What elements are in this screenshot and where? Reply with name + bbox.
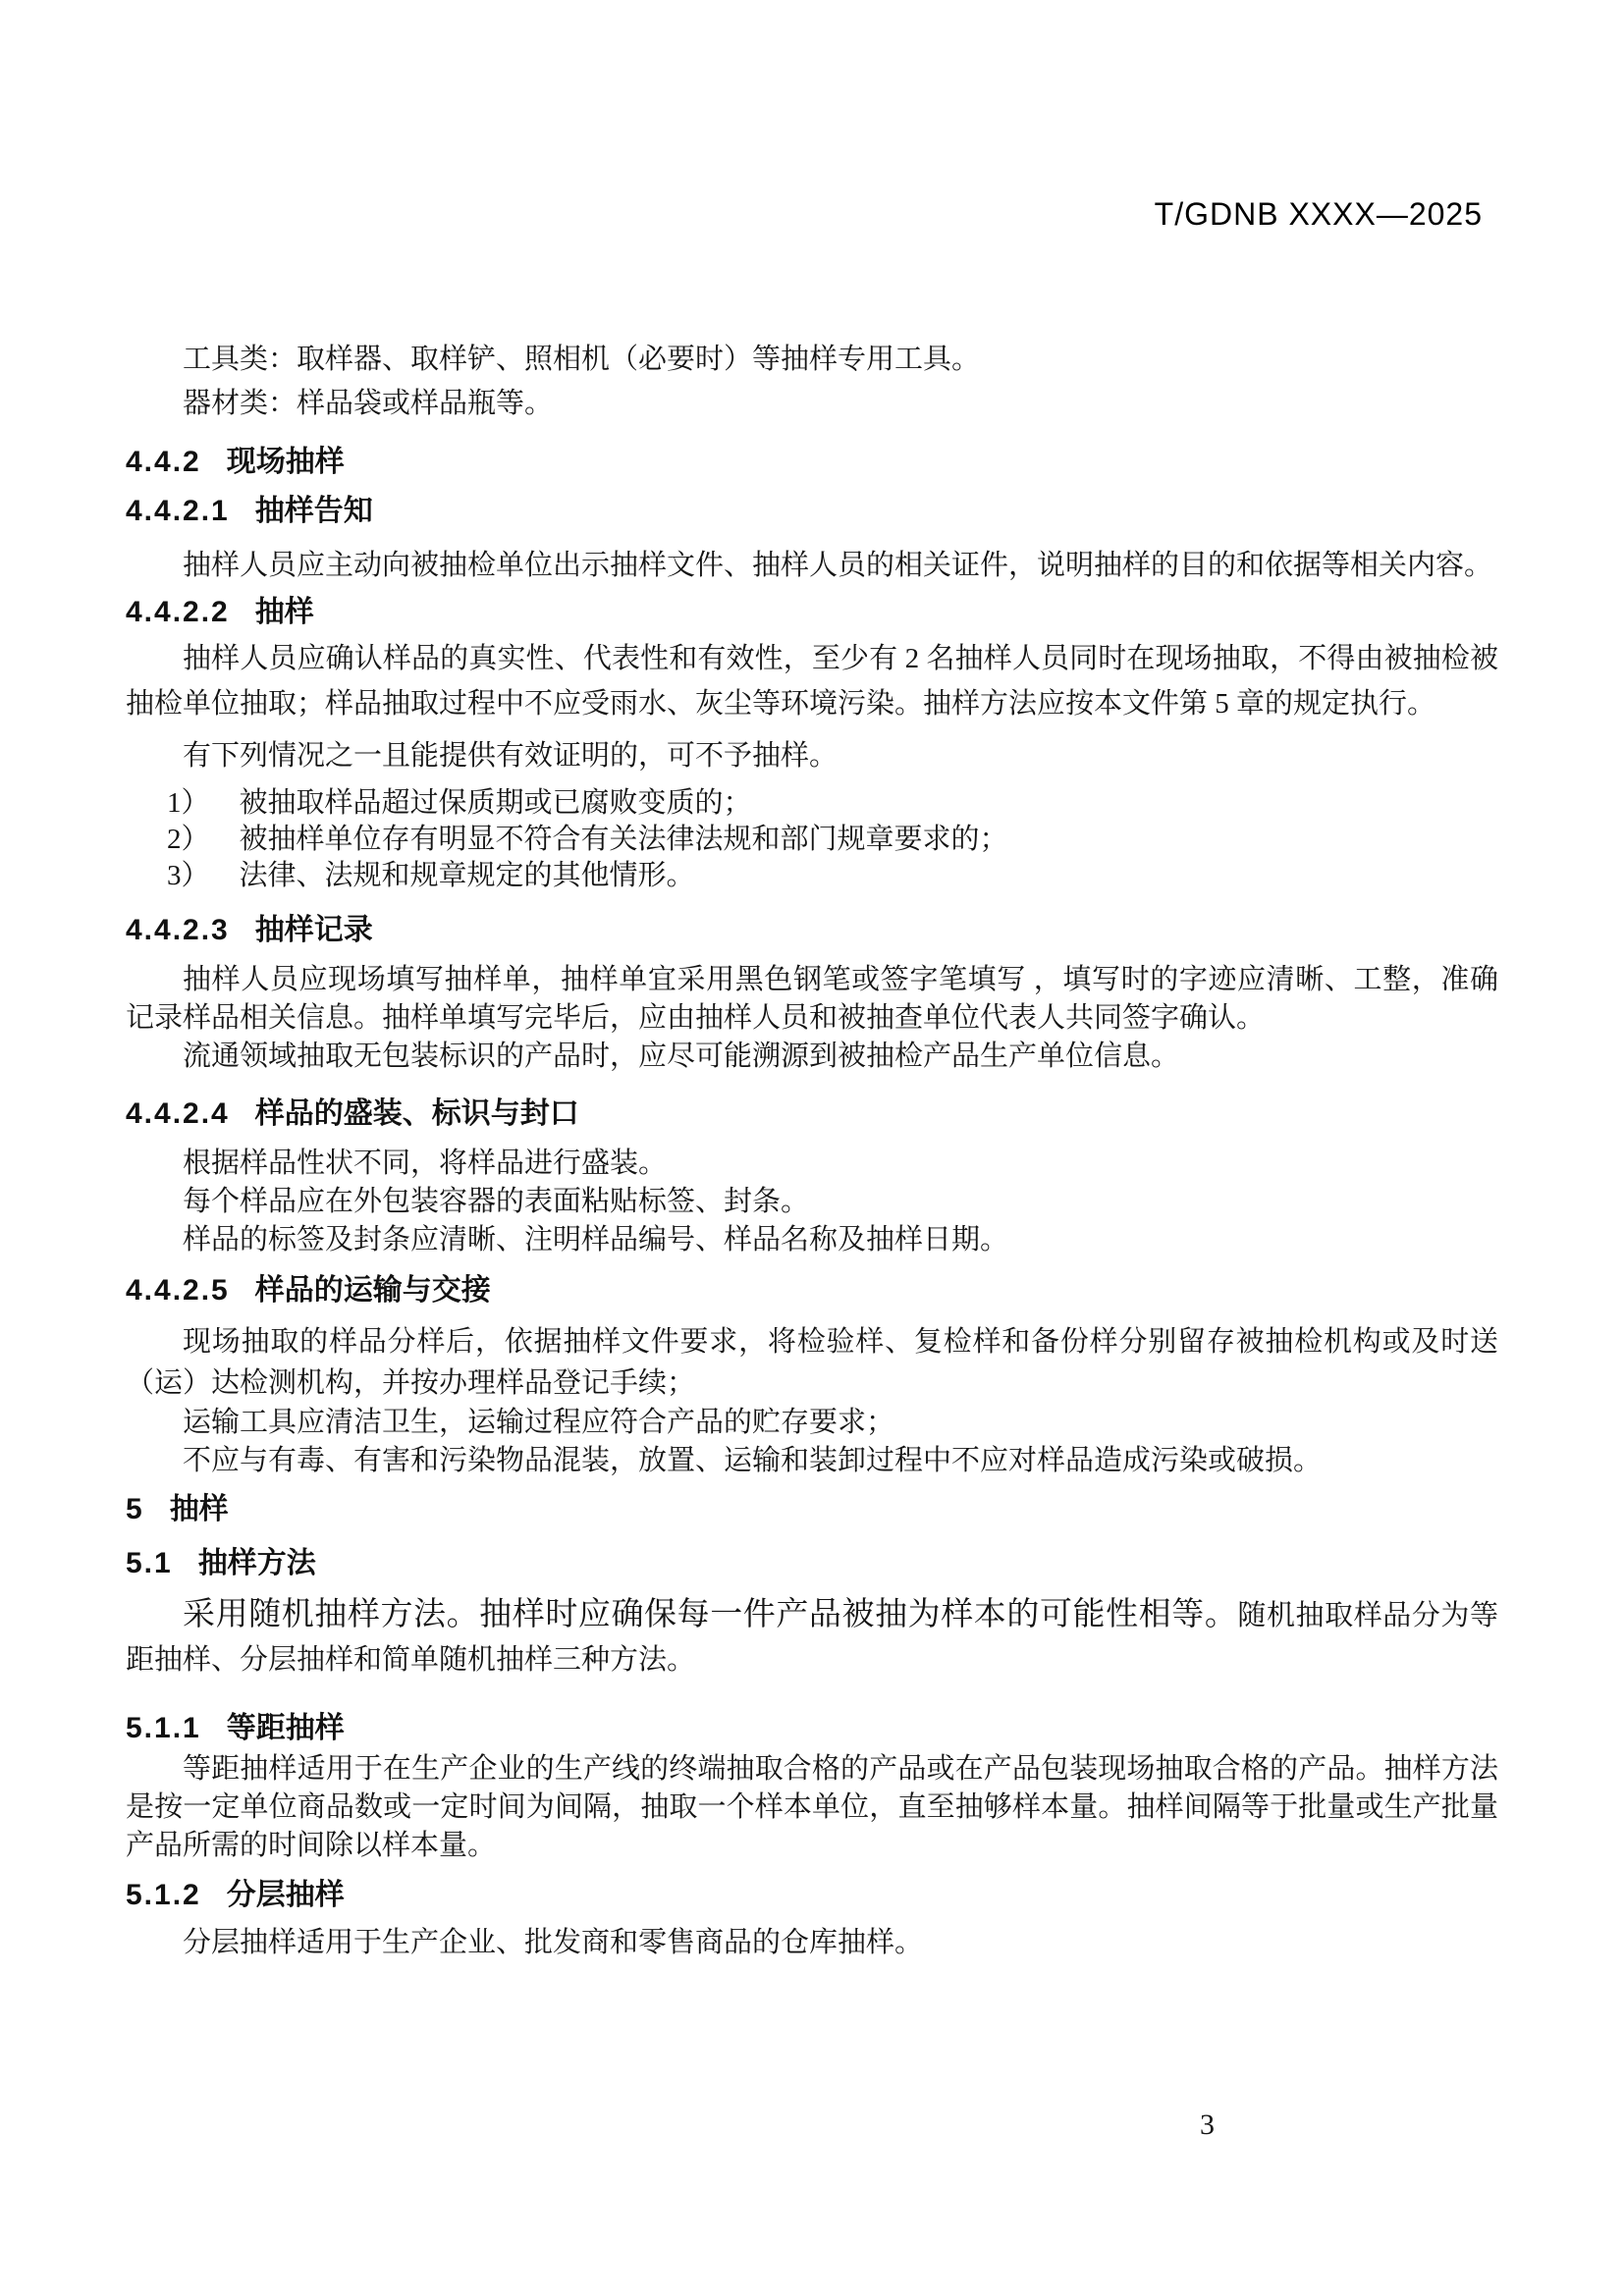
heading-number: 4.4.2.3: [126, 914, 230, 946]
body-paragraph: 分层抽样适用于生产企业、批发商和零售商品的仓库抽样。: [126, 1924, 1498, 1962]
heading-title: 样品的运输与交接: [255, 1274, 491, 1307]
heading-number: 5: [126, 1493, 144, 1525]
body-paragraph: 每个样品应在外包装容器的表面粘贴标签、封条。: [126, 1183, 1498, 1221]
heading-number: 4.4.2.2: [126, 596, 230, 628]
list-marker: 3）: [167, 860, 210, 891]
body-paragraph: 不应与有毒、有害和污染物品混装，放置、运输和装卸过程中不应对样品造成污染或破损。: [126, 1442, 1498, 1480]
heading-title: 样品的盛装、标识与封口: [255, 1097, 579, 1130]
body-paragraph: 有下列情况之一且能提供有效证明的，可不予抽样。: [126, 734, 1498, 778]
doc-code: T/GDNB XXXX—2025: [1155, 196, 1483, 233]
heading-number: 4.4.2: [126, 446, 201, 478]
document-body: 工具类：取样器、取样铲、照相机（必要时）等抽样专用工具。 器材类：样品袋或样品瓶…: [126, 338, 1498, 1962]
heading-number: 5.1: [126, 1547, 173, 1579]
body-paragraph: 根据样品性状不同，将样品进行盛装。: [126, 1145, 1498, 1183]
body-paragraph: 抽样人员应现场填写抽样单，抽样单宜采用黑色钢笔或签字笔填写 ，填写时的字迹应清晰…: [126, 961, 1498, 1038]
body-paragraph: 运输工具应清洁卫生，运输过程应符合产品的贮存要求；: [126, 1404, 1498, 1442]
section-heading-4-4-2-3: 4.4.2.3抽样记录: [126, 908, 1498, 952]
heading-number: 4.4.2.1: [126, 495, 230, 527]
heading-title: 抽样: [170, 1493, 229, 1525]
body-paragraph: 采用随机抽样方法。抽样时应确保每一件产品被抽为样本的可能性相等。随机抽取样品分为…: [126, 1593, 1498, 1682]
list-marker: 2）: [167, 824, 210, 855]
page-number: 3: [1200, 2109, 1215, 2142]
section-heading-5-1-1: 5.1.1等距抽样: [126, 1706, 1498, 1750]
list-item-text: 被抽取样品超过保质期或已腐败变质的；: [240, 787, 752, 819]
section-heading-4-4-2-1: 4.4.2.1抽样告知: [126, 489, 1498, 533]
section-heading-4-4-2-5: 4.4.2.5样品的运输与交接: [126, 1268, 1498, 1312]
document-page: T/GDNB XXXX—2025 工具类：取样器、取样铲、照相机（必要时）等抽样…: [0, 0, 1624, 2296]
body-paragraph: 等距抽样适用于在生产企业的生产线的终端抽取合格的产品或在产品包装现场抽取合格的产…: [126, 1750, 1498, 1865]
section-heading-4-4-2-4: 4.4.2.4样品的盛装、标识与封口: [126, 1092, 1498, 1136]
body-paragraph: 样品的标签及封条应清晰、注明样品编号、样品名称及抽样日期。: [126, 1221, 1498, 1259]
section-heading-4-4-2-2: 4.4.2.2抽样: [126, 590, 1498, 634]
list-item-text: 法律、法规和规章规定的其他情形。: [240, 860, 695, 891]
heading-title: 抽样: [255, 596, 314, 628]
list-item: 2）被抽样单位存有明显不符合有关法律法规和部门规章要求的；: [126, 822, 1498, 858]
body-paragraph: 抽样人员应主动向被抽检单位出示抽样文件、抽样人员的相关证件，说明抽样的目的和依据…: [126, 544, 1498, 588]
body-paragraph: 抽样人员应确认样品的真实性、代表性和有效性，至少有 2 名抽样人员同时在现场抽取…: [126, 636, 1498, 726]
heading-title: 抽样方法: [198, 1547, 316, 1579]
list-marker: 1）: [167, 787, 210, 819]
heading-title: 现场抽样: [227, 446, 345, 478]
body-paragraph: 器材类：样品袋或样品瓶等。: [126, 382, 1498, 426]
paragraph-lead-text: 采用随机抽样方法。抽样时应确保每一件产品被抽为样本的可能性相等。: [183, 1597, 1237, 1632]
heading-number: 5.1.2: [126, 1879, 201, 1911]
heading-title: 抽样记录: [255, 914, 373, 946]
list-item-text: 被抽样单位存有明显不符合有关法律法规和部门规章要求的；: [240, 824, 1008, 855]
body-paragraph: 流通领域抽取无包装标识的产品时，应尽可能溯源到被抽检产品生产单位信息。: [126, 1038, 1498, 1076]
heading-title: 抽样告知: [255, 495, 373, 527]
body-paragraph: 工具类：取样器、取样铲、照相机（必要时）等抽样专用工具。: [126, 338, 1498, 382]
chapter-heading-5: 5抽样: [126, 1487, 1498, 1531]
list-item: 3）法律、法规和规章规定的其他情形。: [126, 858, 1498, 894]
list-item: 1）被抽取样品超过保质期或已腐败变质的；: [126, 785, 1498, 822]
section-heading-5-1-2: 5.1.2分层抽样: [126, 1873, 1498, 1917]
heading-title: 等距抽样: [227, 1712, 345, 1744]
section-heading-5-1: 5.1抽样方法: [126, 1541, 1498, 1585]
body-paragraph: 现场抽取的样品分样后，依据抽样文件要求，将检验样、复检样和备份样分别留存被抽检机…: [126, 1321, 1498, 1404]
section-heading-4-4-2: 4.4.2现场抽样: [126, 440, 1498, 484]
heading-number: 4.4.2.4: [126, 1097, 230, 1130]
heading-number: 4.4.2.5: [126, 1274, 230, 1307]
heading-title: 分层抽样: [227, 1879, 345, 1911]
heading-number: 5.1.1: [126, 1712, 201, 1744]
